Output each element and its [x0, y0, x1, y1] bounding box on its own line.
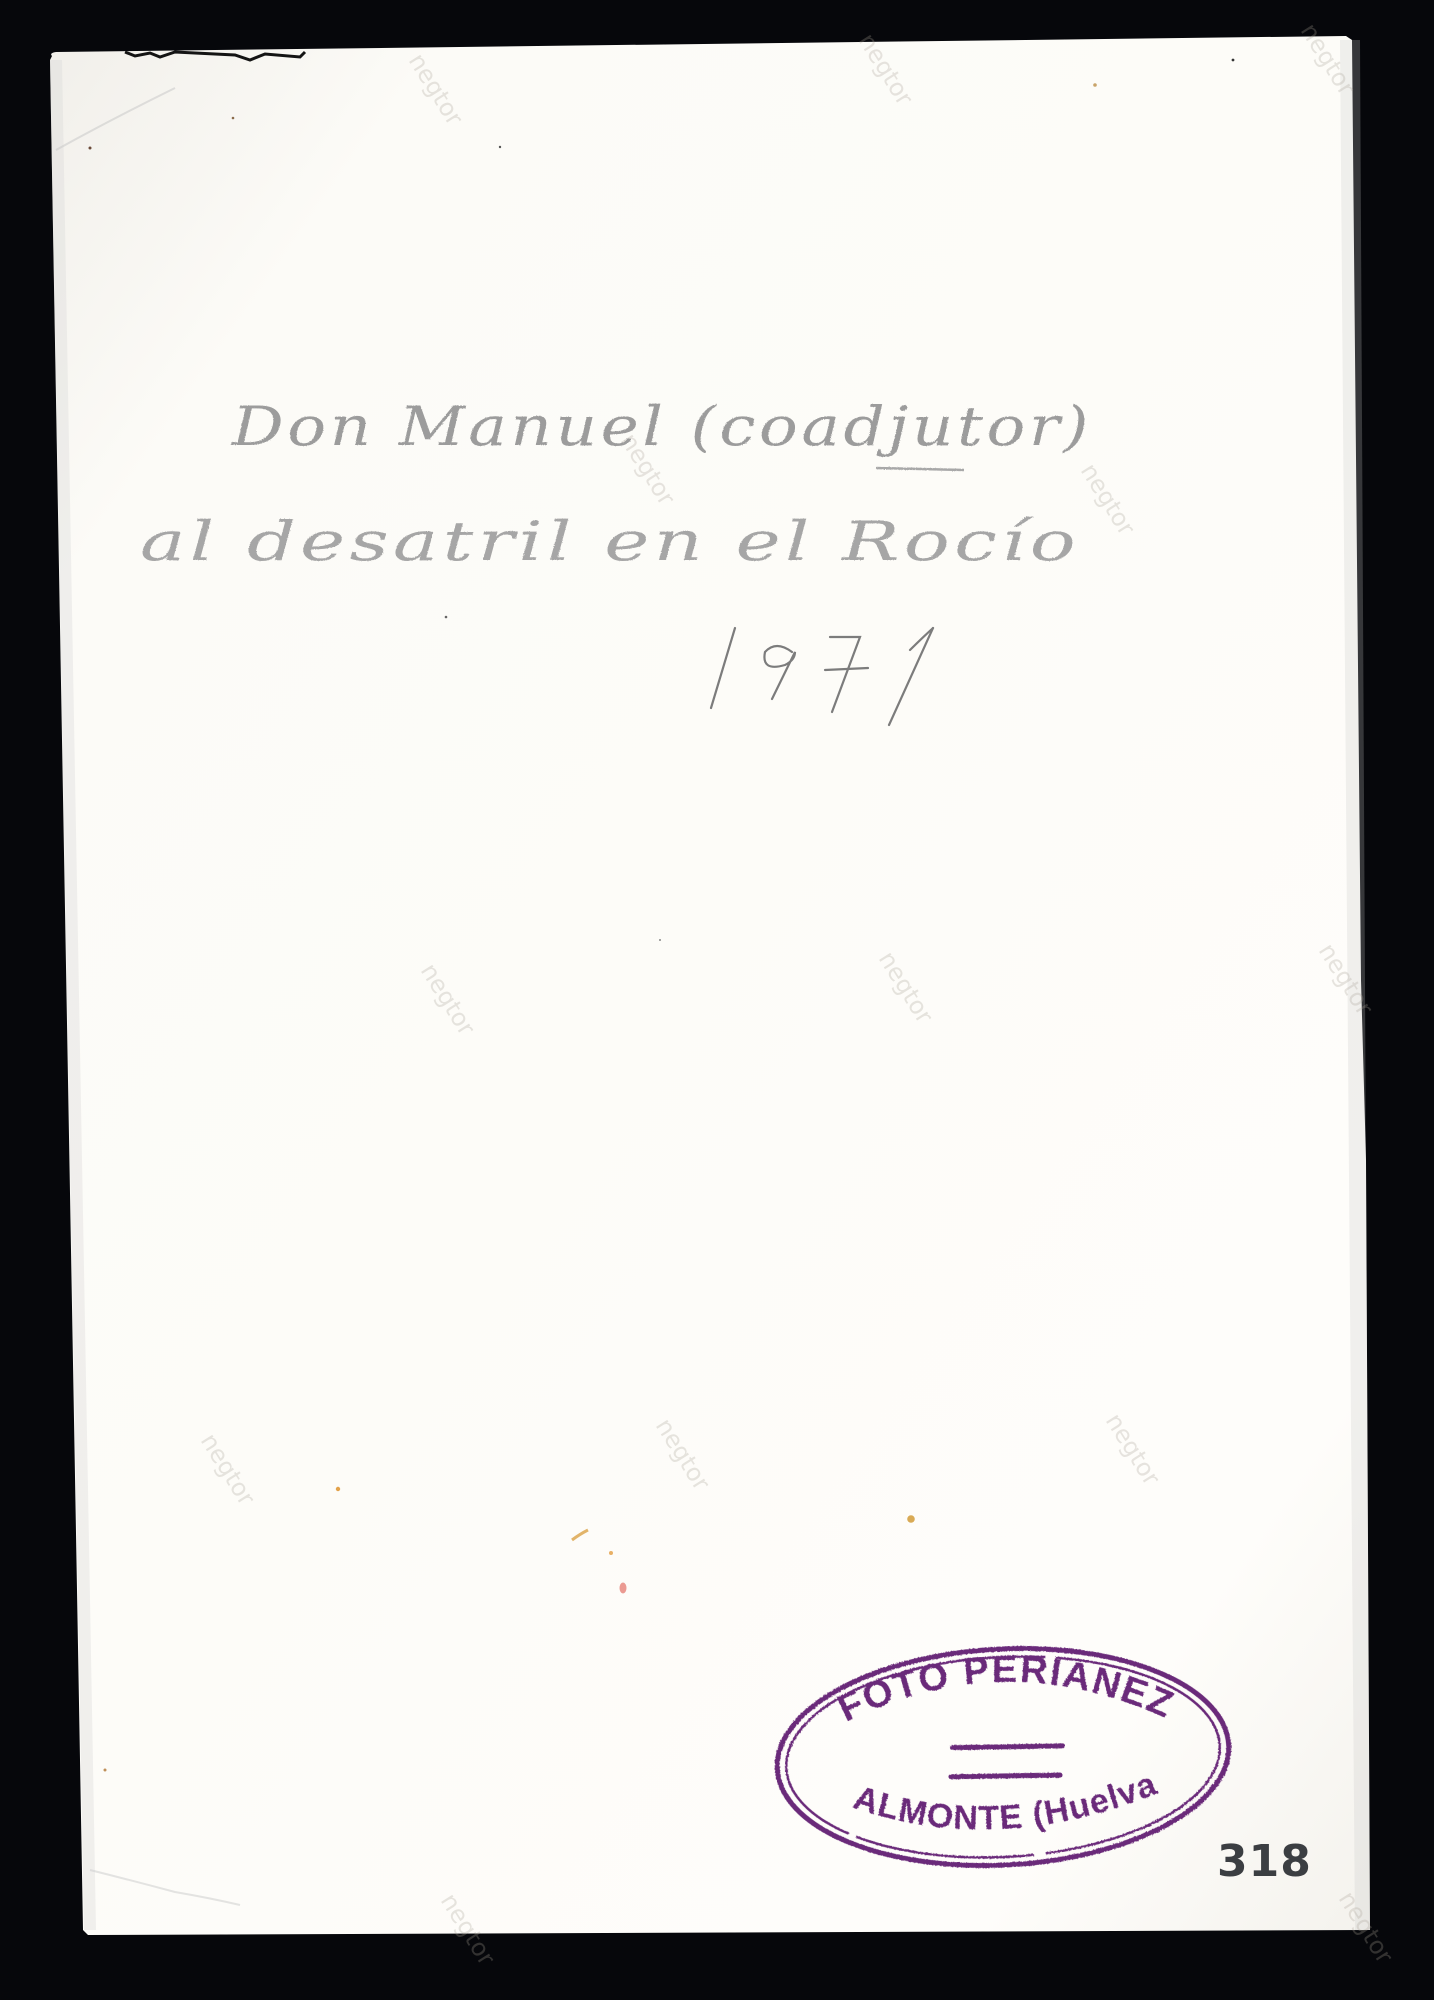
- note-line-2: al desatril en el Rocío: [140, 510, 1080, 573]
- svg-text:1971: 1971: [0, 0, 3, 1]
- scan-background: negtor negtor negtor negtor negtor negto…: [0, 0, 1434, 2000]
- note-line-1: Don Manuel (coadjutor): [231, 395, 1092, 458]
- photo-back-paper: negtor negtor negtor negtor negtor negto…: [0, 0, 1434, 2000]
- paper-sheet: [50, 36, 1370, 1935]
- catalog-number: 318: [1217, 1836, 1312, 1887]
